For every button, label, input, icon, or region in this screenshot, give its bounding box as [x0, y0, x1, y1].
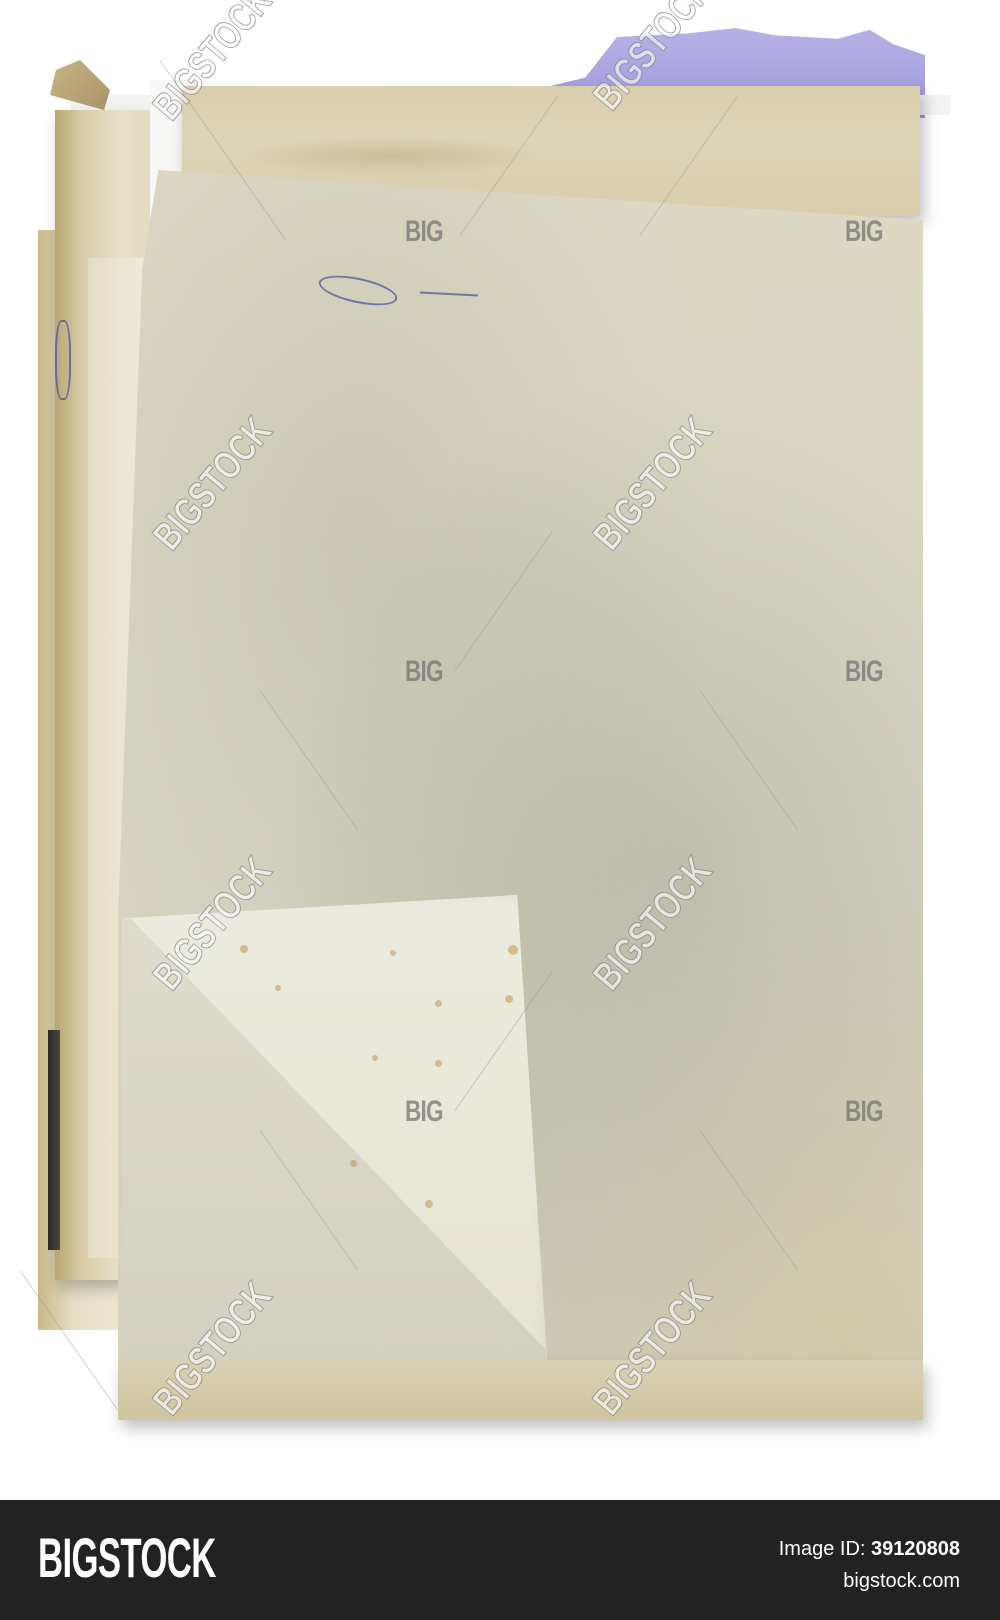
stain [350, 1160, 357, 1167]
watermark-big: BIG [405, 1095, 443, 1129]
site-url: bigstock.com [779, 1564, 960, 1598]
stain [372, 1055, 378, 1061]
stain [275, 985, 281, 991]
stain [435, 1060, 442, 1067]
image-id-value: 39120808 [871, 1538, 960, 1560]
dark-paper-edge [48, 1030, 60, 1250]
watermark-big: BIG [405, 655, 443, 689]
ink-letter [55, 320, 71, 400]
bottom-paper-band [118, 1360, 923, 1420]
stain [508, 945, 518, 955]
watermark-big: BIG [845, 655, 883, 689]
image-id-label: Image ID: [779, 1538, 866, 1560]
watermark-big: BIG [845, 1095, 883, 1129]
stain [425, 1200, 433, 1208]
torn-corner [50, 60, 110, 110]
stain [435, 1000, 442, 1007]
stock-photo: BIG BIG BIG BIG BIG BIG BIGSTOCK BIGSTOC… [0, 0, 1000, 1500]
watermark-big: BIG [405, 215, 443, 249]
footer-bar: BIGSTOCK Image ID: 39120808 bigstock.com [0, 1500, 1000, 1620]
stain [505, 995, 513, 1003]
stain [240, 945, 248, 953]
image-id-line: Image ID: 39120808 [779, 1534, 960, 1564]
watermark-big: BIG [845, 215, 883, 249]
image-meta: Image ID: 39120808 bigstock.com [779, 1534, 960, 1598]
bigstock-logo: BIGSTOCK [38, 1530, 216, 1586]
stain [390, 950, 396, 956]
